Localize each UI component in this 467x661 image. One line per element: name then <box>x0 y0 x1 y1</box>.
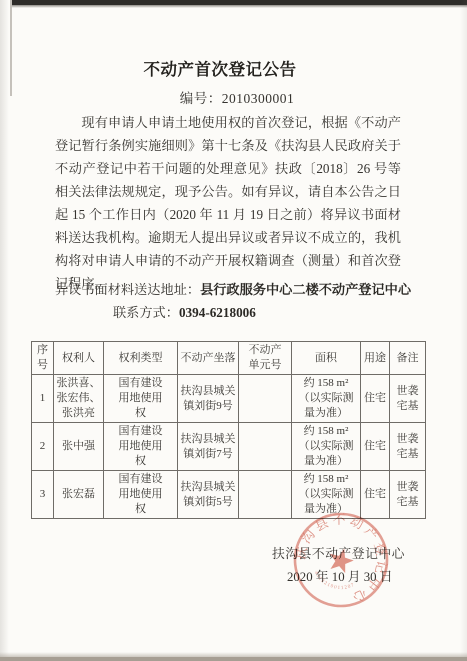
cell-location: 扶沟县城关镇刘街9号 <box>178 375 239 423</box>
document-number-value: 2010300001 <box>222 91 295 106</box>
cell-use: 住宅 <box>361 471 390 519</box>
column-header-no: 序号 <box>32 342 54 375</box>
cell-area: 约 158 m² （以实际测量为准） <box>292 375 361 423</box>
column-header-location: 不动产坐落 <box>178 342 239 375</box>
scan-artifact-left-shadow <box>0 0 9 661</box>
issue-date: 2020 年 10 月 30 日 <box>287 566 393 585</box>
cell-right-type: 国有建设用地使用权 <box>104 471 178 519</box>
cell-no: 1 <box>32 375 54 423</box>
cell-right-type: 国有建设用地使用权 <box>104 375 178 423</box>
cell-holder: 张宏磊 <box>54 471 104 519</box>
objection-address-line: 异议书面材料送达地址：县行政服务中心二楼不动产登记中心 <box>55 279 411 298</box>
cell-location: 扶沟县城关镇刘街5号 <box>178 471 239 519</box>
column-header-holder: 权利人 <box>54 342 104 375</box>
cell-note: 世袭宅基 <box>390 375 426 423</box>
scan-artifact-right-shadow <box>460 0 467 661</box>
column-header-note: 备注 <box>390 342 426 375</box>
cell-unit-no <box>239 423 292 471</box>
scan-artifact-bottom-edge <box>0 657 467 661</box>
scanned-announcement-page: 不动产首次登记公告 编号：2010300001 现有申请人申请土地使用权的首次登… <box>0 0 467 661</box>
cell-holder: 张洪喜、张宏伟、张洪亮 <box>54 375 104 423</box>
cell-note: 世袭宅基 <box>390 423 426 471</box>
column-header-use: 用途 <box>361 342 390 375</box>
scan-artifact-left-line <box>10 0 12 96</box>
page-title: 不动产首次登记公告 <box>0 56 440 80</box>
table-row: 1 张洪喜、张宏伟、张洪亮 国有建设用地使用权 扶沟县城关镇刘街9号 约 158… <box>32 375 426 423</box>
table-header-row: 序号 权利人 权利类型 不动产坐落 不动产单元号 面积 用途 备注 <box>32 342 426 375</box>
objection-address-label: 异议书面材料送达地址： <box>55 282 200 297</box>
column-header-right-type: 权利类型 <box>104 342 178 375</box>
cell-note: 世袭宅基 <box>390 471 426 519</box>
document-number-line: 编号：2010300001 <box>20 87 454 107</box>
cell-area: 约 158 m² （以实际测量为准） <box>292 471 361 519</box>
announcement-body-paragraph: 现有申请人申请土地使用权的首次登记，根据《不动产登记暂行条例实施细则》第十七条及… <box>55 111 401 295</box>
registration-table: 序号 权利人 权利类型 不动产坐落 不动产单元号 面积 用途 备注 1 张洪喜、… <box>31 341 426 519</box>
contact-value: 0394-6218006 <box>179 305 256 320</box>
document-number-label: 编号： <box>180 91 222 106</box>
table-row: 2 张中强 国有建设用地使用权 扶沟县城关镇刘街7号 约 158 m² （以实际… <box>32 423 426 471</box>
cell-area: 约 158 m² （以实际测量为准） <box>292 423 361 471</box>
cell-unit-no <box>239 471 292 519</box>
cell-use: 住宅 <box>361 375 390 423</box>
cell-location: 扶沟县城关镇刘街7号 <box>178 423 239 471</box>
cell-right-type: 国有建设用地使用权 <box>104 423 178 471</box>
contact-line: 联系方式：0394-6218006 <box>113 302 256 321</box>
cell-unit-no <box>239 375 292 423</box>
column-header-area: 面积 <box>292 342 361 375</box>
cell-no: 2 <box>32 423 54 471</box>
objection-address-value: 县行政服务中心二楼不动产登记中心 <box>200 282 411 297</box>
scan-artifact-top-shadow <box>11 5 467 8</box>
cell-use: 住宅 <box>361 423 390 471</box>
table-row: 3 张宏磊 国有建设用地使用权 扶沟县城关镇刘街5号 约 158 m² （以实际… <box>32 471 426 519</box>
issuing-organization: 扶沟县不动产登记中心 <box>272 543 405 562</box>
contact-label: 联系方式： <box>113 305 179 320</box>
column-header-unit-no: 不动产单元号 <box>239 342 292 375</box>
cell-no: 3 <box>32 471 54 519</box>
cell-holder: 张中强 <box>54 423 104 471</box>
